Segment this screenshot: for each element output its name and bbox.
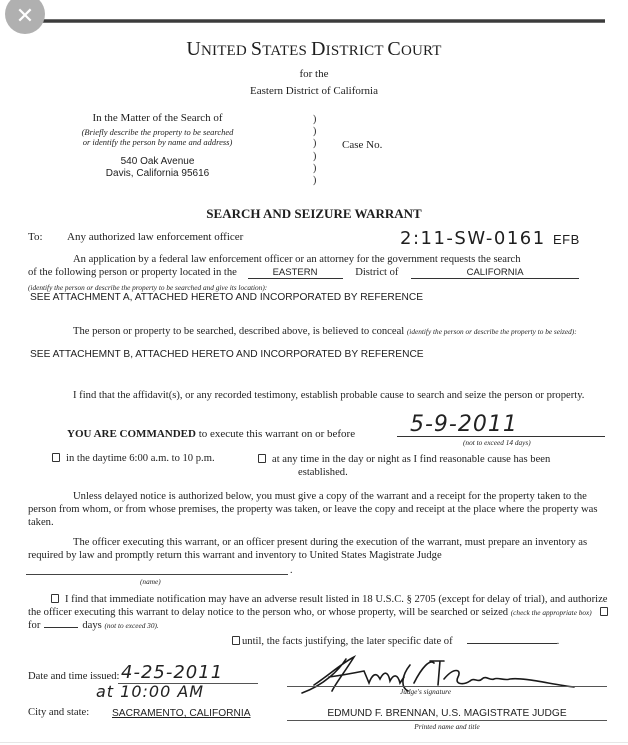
close-icon: ✕ <box>16 6 34 28</box>
matter-hint: (Briefly describe the property to be sea… <box>65 127 250 147</box>
issued-time: at 10:00 AM <box>96 682 204 701</box>
delayed-notice-paragraph: Unless delayed notice is authorized belo… <box>28 490 610 529</box>
state-field: CALIFORNIA <box>411 267 579 279</box>
city-state-value: SACRAMENTO, CALIFORNIA <box>112 708 251 719</box>
district-label: Eastern District of California <box>0 85 628 97</box>
inventory-paragraph: The officer executing this warrant, or a… <box>28 536 610 562</box>
case-number: 2:11-SW-0161 EFB <box>400 228 580 249</box>
checkbox-delay-notice[interactable] <box>51 594 59 603</box>
bottom-edge <box>0 742 628 743</box>
court-title: UNITED STATES DISTRICT COURT <box>0 38 628 61</box>
property-address: 540 Oak Avenue Davis, California 95616 <box>65 156 250 180</box>
case-no-label: Case No. <box>342 139 382 151</box>
judge-name-line <box>287 720 607 721</box>
application-paragraph: An application by a federal law enforcem… <box>28 253 608 279</box>
issued-label: Date and time issued: <box>28 671 120 682</box>
conceal-paragraph: The person or property to be searched, d… <box>28 325 608 338</box>
probable-cause-paragraph: I find that the affidavit(s), or any rec… <box>28 389 608 402</box>
matter-block: In the Matter of the Search of (Briefly … <box>65 112 250 180</box>
name-line-period: . <box>290 565 293 576</box>
identify-hint: (identify the person or describe the pro… <box>28 283 267 292</box>
issued-date: 4-25-2011 <box>121 662 223 683</box>
judge-name-line <box>26 574 288 575</box>
days-field[interactable] <box>44 627 78 628</box>
to-value: Any authorized law enforcement officer <box>67 231 243 243</box>
option-anytime[interactable]: at any time in the day or night as I fin… <box>258 453 598 479</box>
district-field: EASTERN <box>248 267 343 279</box>
checkbox-anytime[interactable] <box>258 454 266 463</box>
checkbox-daytime[interactable] <box>52 453 60 462</box>
delay-notification-paragraph: I find that immediate notification may h… <box>28 593 613 632</box>
to-label: To: <box>28 231 43 243</box>
judge-signature-hint: Judge's signature <box>400 687 451 696</box>
attachment-b-reference: SEE ATTACHEMNT B, ATTACHED HERETO AND IN… <box>30 349 424 360</box>
printed-name-hint: Printed name and title <box>287 722 607 731</box>
checkbox-until[interactable] <box>232 636 240 645</box>
until-date-field[interactable] <box>467 643 557 644</box>
top-rule <box>27 19 605 23</box>
execute-date-hint: (not to exceed 14 days) <box>463 438 531 447</box>
warrant-title: SEARCH AND SEIZURE WARRANT <box>0 206 628 222</box>
name-hint: (name) <box>140 577 161 586</box>
execute-by-date: 5-9-2011 <box>410 412 518 437</box>
option-daytime[interactable]: in the daytime 6:00 a.m. to 10 p.m. <box>52 453 215 464</box>
until-option: until, the facts justifying, the later s… <box>232 636 559 647</box>
commanded-text: YOU ARE COMMANDED to execute this warran… <box>67 428 355 440</box>
for-the-label: for the <box>0 68 628 80</box>
attachment-a-reference: SEE ATTACHMENT A, ATTACHED HERETO AND IN… <box>30 292 423 303</box>
judge-printed-name: EDMUND F. BRENNAN, U.S. MAGISTRATE JUDGE <box>287 708 607 719</box>
city-state-label: City and state: <box>28 707 89 718</box>
matter-title: In the Matter of the Search of <box>65 112 250 124</box>
close-button[interactable]: ✕ <box>5 0 45 34</box>
caption-parentheses: ))) ))) <box>313 114 316 187</box>
checkbox-for-days[interactable] <box>600 607 608 616</box>
